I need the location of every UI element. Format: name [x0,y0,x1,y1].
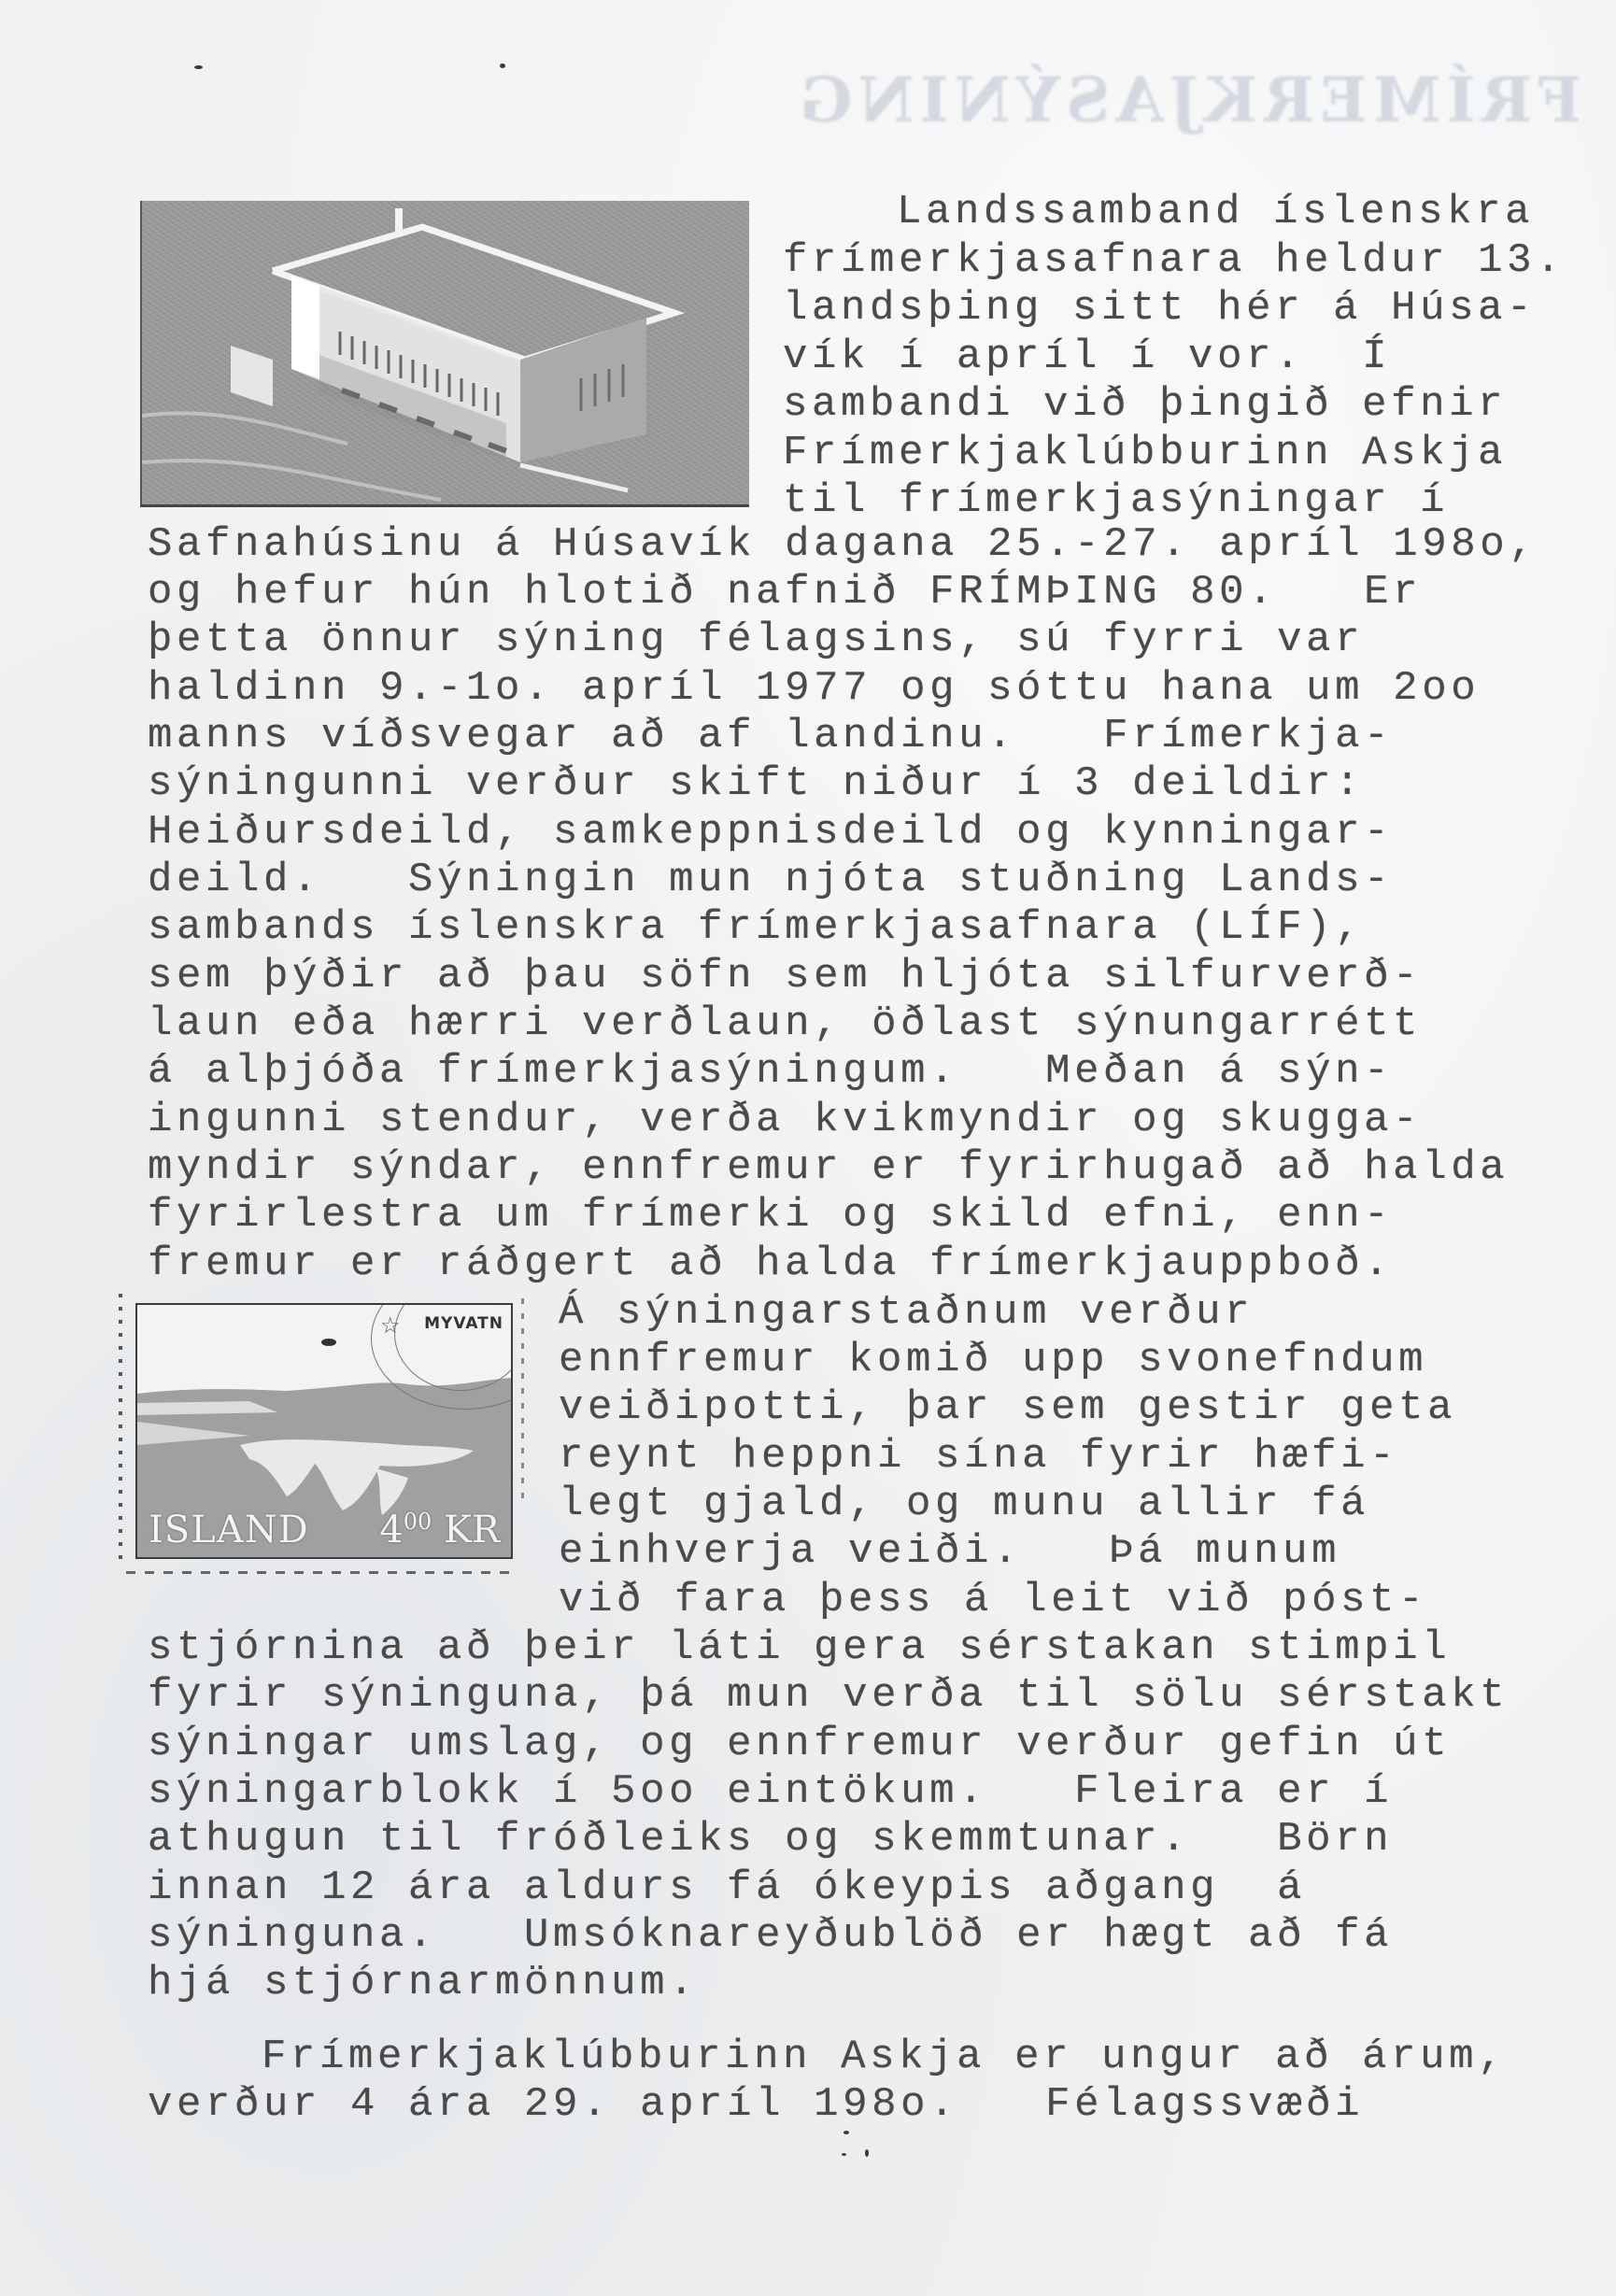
stamp-perforation [119,1294,122,1565]
postage-stamp: ☆ MYVATN ISLAND 400 KR [135,1303,513,1559]
text-line: vík í apríl í vor. Í [783,333,1391,380]
text-line: fremur er ráðgert að halda frímerkjauppb… [148,1240,1393,1287]
stamp-currency: KR [444,1509,500,1552]
text-line: Á sýningarstaðnum verður [559,1289,1254,1336]
text-line: sýningunni verður skift niður í 3 deildi… [148,760,1364,807]
text-line: ennfremur komið upp svonefndum [559,1337,1427,1383]
text-line: deild. Sýningin mun njóta stuðning Lands… [148,857,1393,903]
text-line: veiðipotti, þar sem gestir geta [559,1384,1456,1431]
text-line: laun eða hærri verðlaun, öðlast sýnungar… [148,1000,1422,1047]
text-line: við fara þess á leit við póst- [559,1577,1427,1623]
text-line: sambands íslenskra frímerkjasafnara (LÍF… [148,904,1364,951]
text-line: sýninguna. Umsóknareyðublöð er hægt að f… [148,1912,1393,1959]
text-line: þetta önnur sýning félagsins, sú fyrri v… [148,617,1364,663]
text-line: landsþing sitt hér á Húsa- [783,285,1536,332]
text-line: athugun til fróðleiks og skemmtunar. Bör… [148,1816,1393,1863]
stamp-value: 400 KR [379,1509,500,1552]
stamp-perforation [521,1298,524,1504]
text-line: myndir sýndar, ennfremur er fyrirhugað a… [148,1144,1509,1191]
bleed-through-heading: FRÍMERKJASÝNING [794,64,1581,136]
ink-speck [842,2153,846,2156]
text-line: einhverja veiði. Þá munum [559,1528,1340,1575]
text-line: sambandi við þingið efnir [783,381,1507,428]
text-line: fyrir sýninguna, þá mun verða til sölu s… [148,1672,1509,1719]
text-line: á alþjóða frímerkjasýningum. Meðan á sýn… [148,1048,1393,1095]
text-line: sýningarblokk í 5oo eintökum. Fleira er … [148,1768,1393,1815]
text-line: fyrirlestra um frímerki og skild efni, e… [148,1192,1393,1239]
text-line: hjá stjórnarmönnum. [148,1960,698,2006]
text-line: manns víðsvegar að af landinu. Frímerkja… [148,713,1393,759]
stamp-value-cents: 00 [404,1509,432,1535]
building-illustration [140,201,749,507]
stamp-place-label: MYVATN [424,1314,503,1333]
building-drawing-icon [142,201,749,504]
text-line: haldinn 9.-1o. apríl 1977 og sóttu hana … [148,665,1480,712]
ink-speck [194,65,203,69]
scanned-page: FRÍMERKJASÝNING [0,0,1616,2296]
text-line: Safnahúsinu á Húsavík dagana 25.-27. apr… [148,521,1538,568]
stamp-country: ISLAND [149,1509,309,1552]
text-line: Frímerkjaklúbburinn Askja er ungur að ár… [262,2034,1507,2080]
text-line: til frímerkjasýningar í [783,477,1449,524]
ink-speck [865,2149,869,2157]
star-icon: ☆ [380,1312,401,1339]
text-line: stjórnina að þeir láti gera sérstakan st… [148,1624,1451,1671]
ink-speck [843,2131,849,2134]
text-line: reynt heppni sína fyrir hæfi- [559,1433,1398,1480]
text-line: verður 4 ára 29. apríl 198o. Félagssvæði [148,2081,1364,2128]
text-line: innan 12 ára aldurs fá ókeypis aðgang á [148,1864,1306,1911]
text-line: sem þýðir að þau söfn sem hljóta silfurv… [148,953,1422,999]
text-line: og hefur hún hlotið nafnið FRÍMÞING 80. … [148,569,1422,616]
stamp-value-main: 4 [379,1509,403,1552]
text-line: ingunni stendur, verða kvikmyndir og sku… [148,1097,1422,1143]
text-line: sýningar umslag, og ennfremur verður gef… [148,1721,1451,1767]
text-line: frímerkjasafnara heldur 13. [783,237,1565,284]
text-line: Frímerkjaklúbburinn Askja [783,430,1507,476]
stamp-perforation [126,1571,514,1574]
ink-speck [500,64,505,68]
text-line: Landssamband íslenskra [897,189,1534,235]
text-line: legt gjald, og munu allir fá [559,1481,1369,1527]
text-line: Heiðursdeild, samkeppnisdeild og kynning… [148,809,1393,856]
